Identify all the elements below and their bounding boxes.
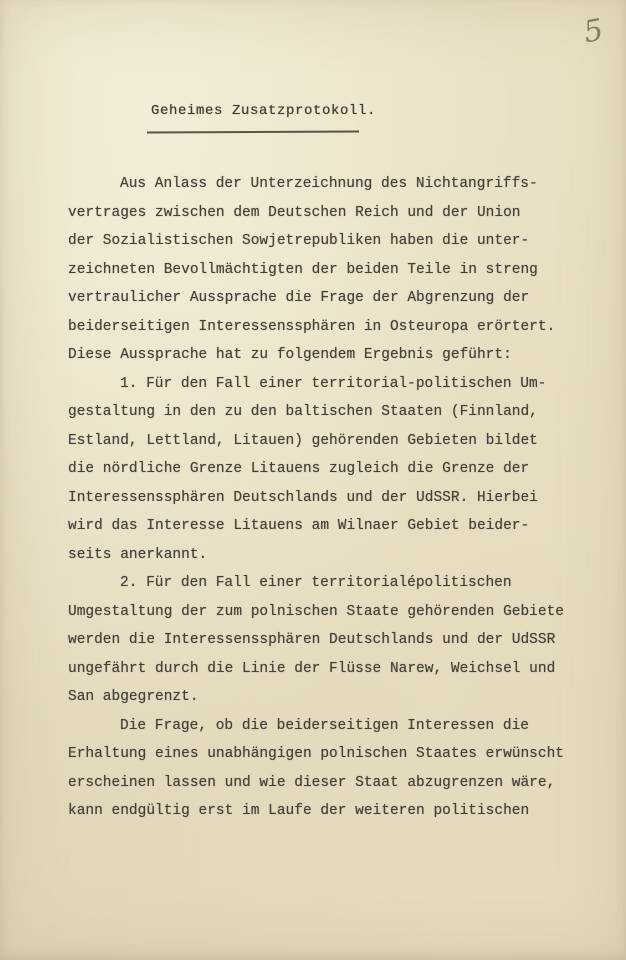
text-line: wird das Interesse Litauens am Wilnaer G… (68, 512, 568, 541)
title-underline (147, 131, 359, 134)
text-line: 1. Für den Fall einer territorial-politi… (68, 370, 568, 399)
text-line: der Sozialistischen Sowjetrepubliken hab… (68, 227, 568, 256)
text-line: beiderseitigen Interessenssphären in Ost… (68, 313, 568, 342)
text-line: Aus Anlass der Unterzeichnung des Nichta… (68, 170, 568, 199)
text-line: Interessenssphären Deutschlands und der … (68, 484, 568, 513)
text-line: Umgestaltung der zum polnischen Staate g… (68, 598, 568, 627)
text-line: Die Frage, ob die beiderseitigen Interes… (68, 712, 568, 741)
document-body: Aus Anlass der Unterzeichnung des Nichta… (68, 170, 568, 826)
document-title: Geheimes Zusatzprotokoll. (151, 103, 376, 119)
text-line: kann endgültig erst im Laufe der weitere… (68, 797, 568, 826)
text-line: Estland, Lettland, Litauen) gehörenden G… (68, 427, 568, 456)
page-number-annotation: 5 (581, 13, 606, 51)
text-line: Diese Aussprache hat zu folgendem Ergebn… (68, 341, 568, 370)
document-page: 5 Geheimes Zusatzprotokoll. Aus Anlass d… (0, 0, 626, 960)
text-line: Erhaltung eines unabhängigen polnischen … (68, 740, 568, 769)
text-line: zeichneten Bevollmächtigten der beiden T… (68, 256, 568, 285)
text-line: erscheinen lassen und wie dieser Staat a… (68, 769, 568, 798)
text-line: 2. Für den Fall einer territorialépoliti… (68, 569, 568, 598)
text-line: werden die Interessenssphären Deutschlan… (68, 626, 568, 655)
text-line: seits anerkannt. (68, 541, 568, 570)
text-line: vertrages zwischen dem Deutschen Reich u… (68, 199, 568, 228)
text-line: gestaltung in den zu den baltischen Staa… (68, 398, 568, 427)
text-line: die nördliche Grenze Litauens zugleich d… (68, 455, 568, 484)
text-line: vertraulicher Aussprache die Frage der A… (68, 284, 568, 313)
text-line: San abgegrenzt. (68, 683, 568, 712)
text-line: ungefährt durch die Linie der Flüsse Nar… (68, 655, 568, 684)
